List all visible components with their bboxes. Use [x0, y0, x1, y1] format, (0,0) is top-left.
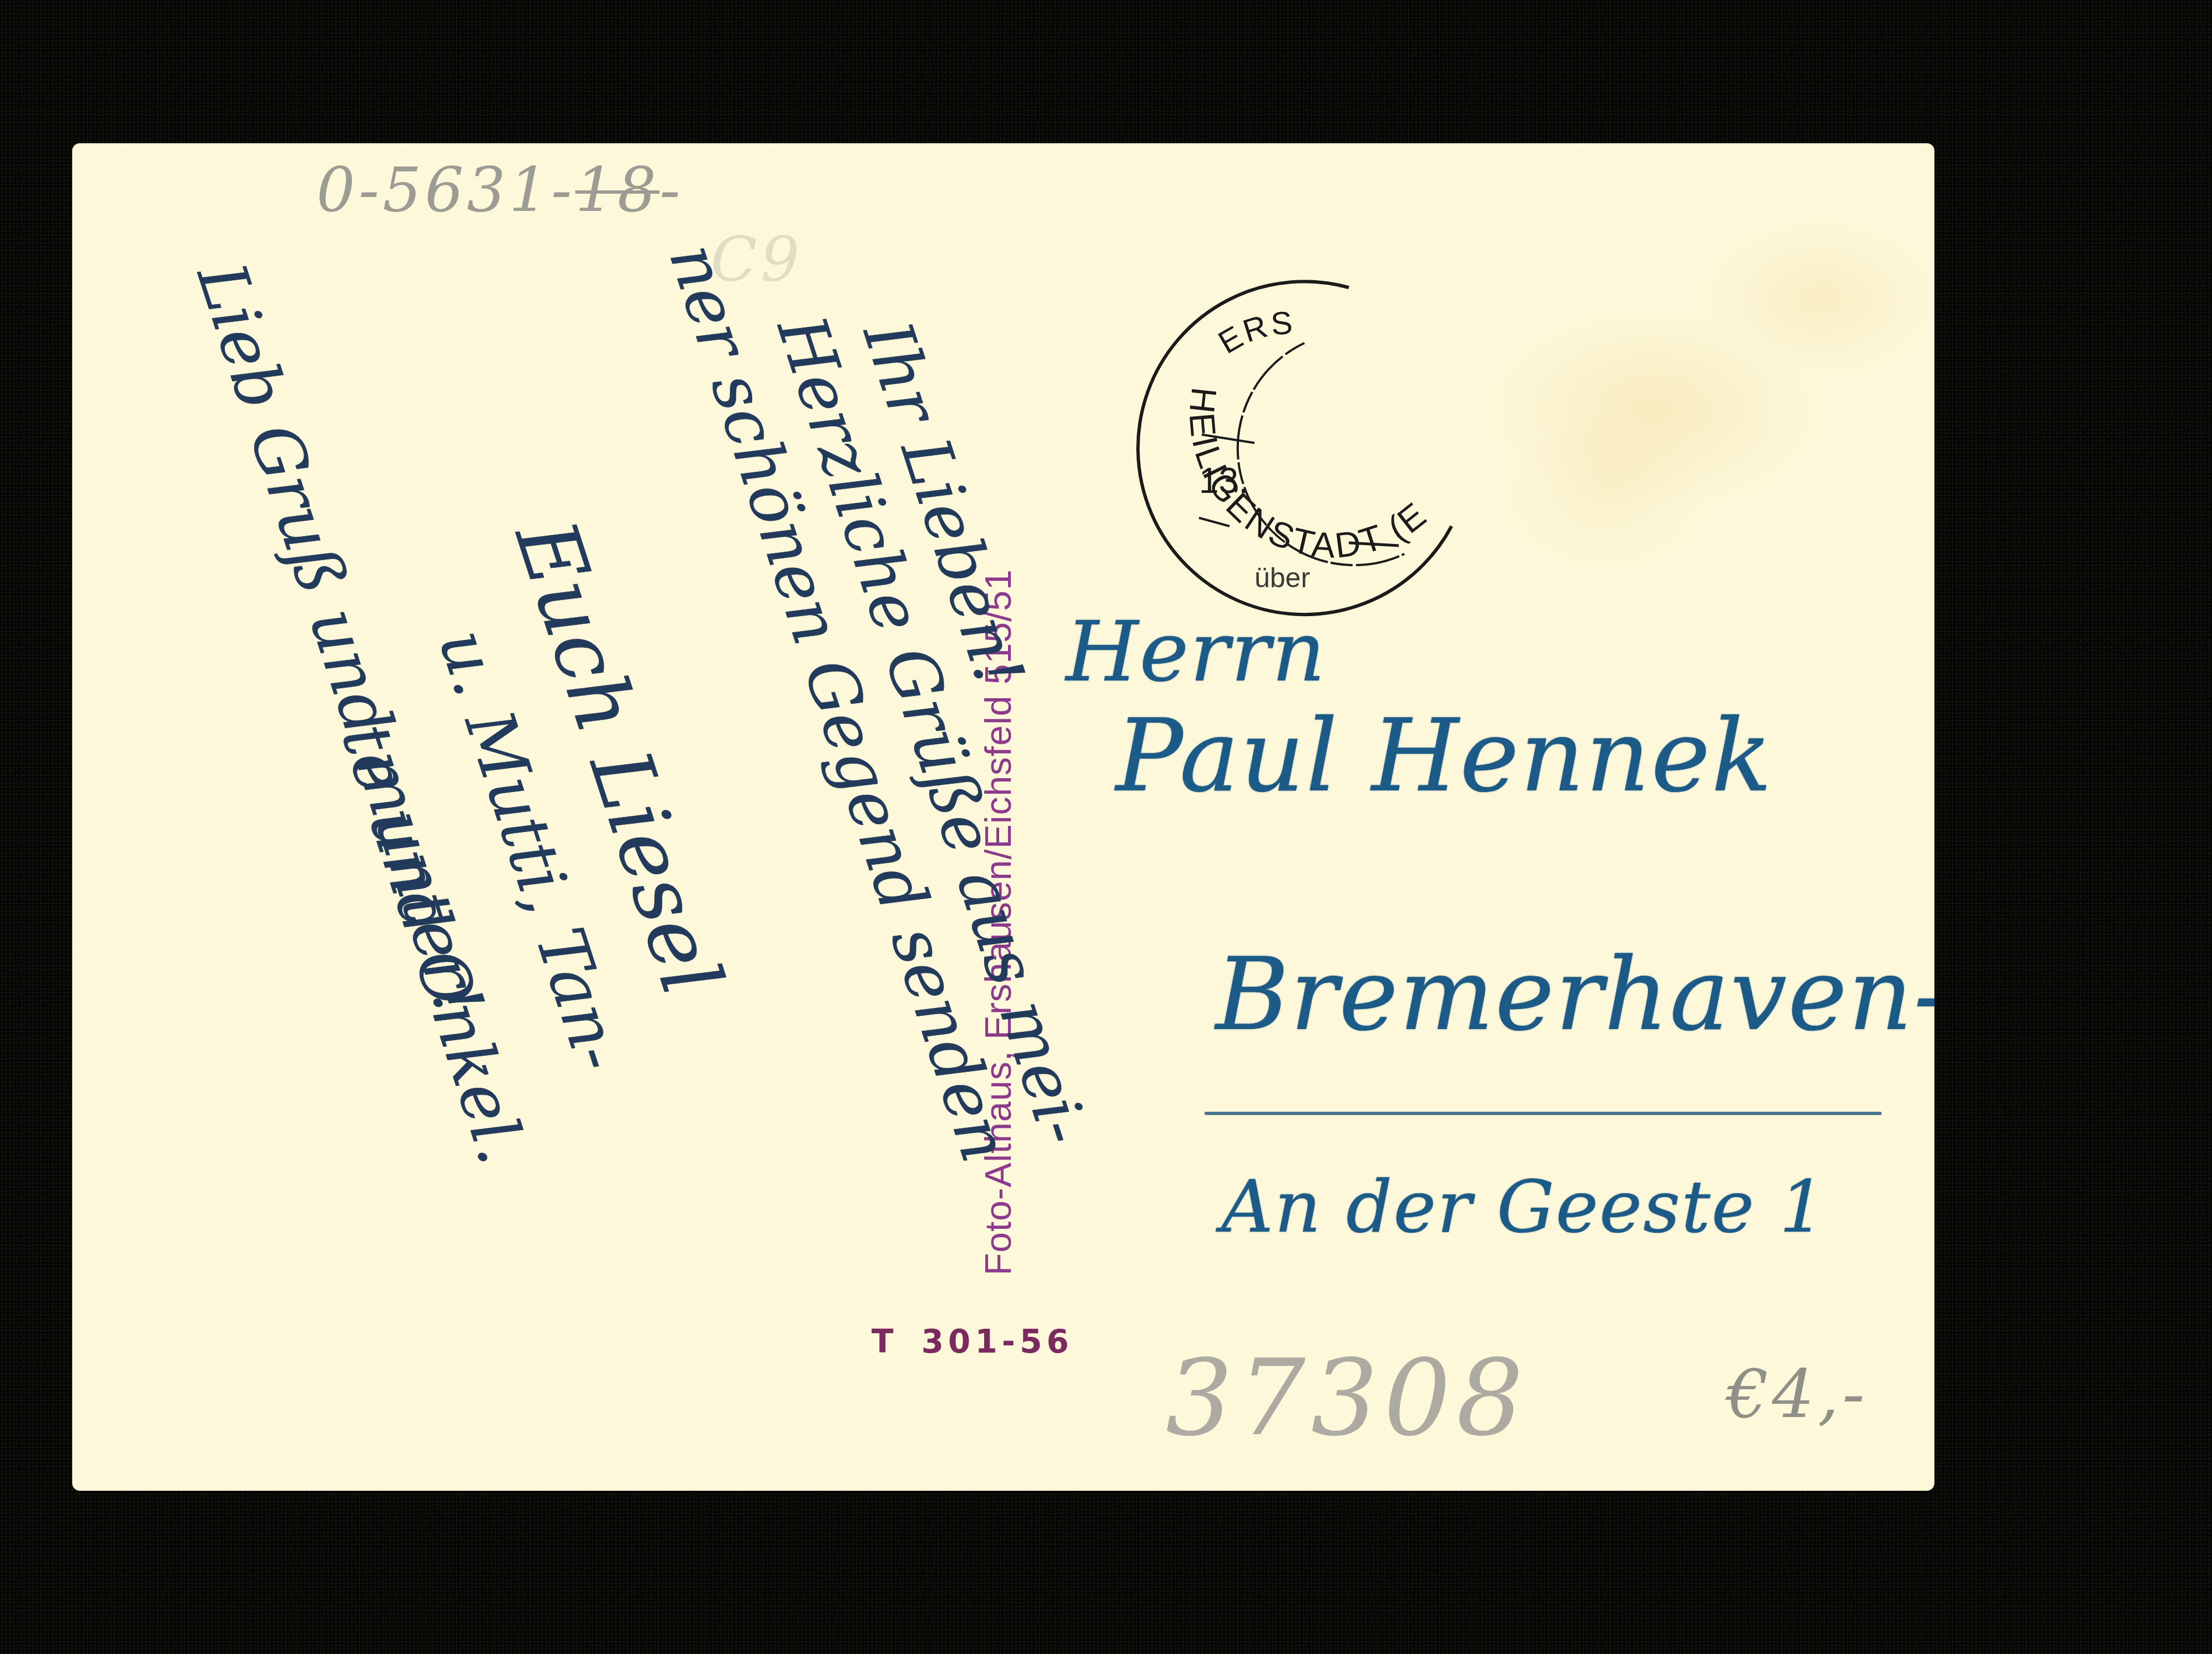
pencil-inventory-number-bottom: 37308 [1166, 1337, 1529, 1459]
svg-text:ERS: ERS [1212, 304, 1296, 361]
struck-number: 18 [575, 154, 659, 225]
address-salutation: Herrn [1066, 604, 1327, 700]
address-city: Bremerhaven-L. [1216, 937, 1934, 1053]
pencil-price: €4,- [1726, 1356, 1868, 1433]
postmark-date: 13. [1199, 461, 1248, 501]
inventory-number: 0-5631- [316, 154, 575, 225]
address-street: An der Geeste 1 [1221, 1164, 1826, 1249]
pencil-inventory-number-top: 0-5631-18- [316, 154, 683, 225]
card-code: T 301-56 [871, 1323, 1074, 1360]
address-city-underline [1205, 1112, 1882, 1115]
address-name: Paul Hennek [1116, 698, 1773, 814]
postmark-inner-top-text: ERS [1212, 304, 1296, 361]
inventory-suffix: - [659, 154, 683, 225]
postcard-back: 0-5631-18- C9 37308 €4,- Foto-Althaus, E… [72, 143, 1934, 1491]
postmark-inner-bottom-text: über [1254, 562, 1310, 593]
